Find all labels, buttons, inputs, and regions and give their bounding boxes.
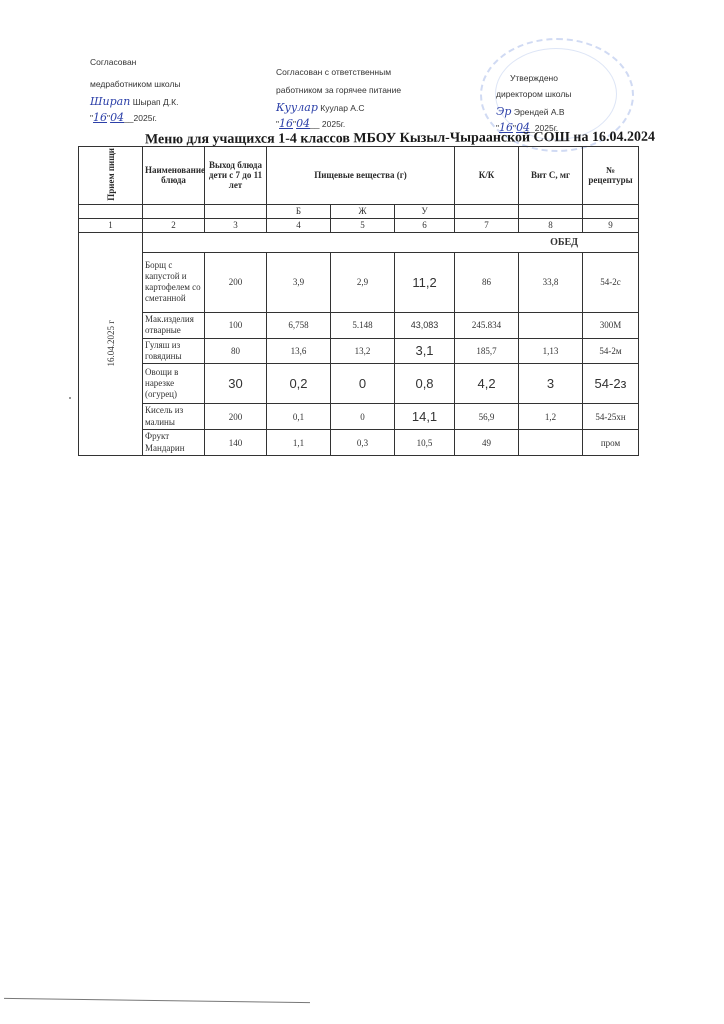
- table-row: Борщ с капустой и картофелем со сметанно…: [79, 252, 639, 312]
- recipe: 54-25хн: [583, 404, 639, 430]
- protein: 0,2: [267, 364, 331, 404]
- approval-medic-line2: медработником школы: [90, 80, 181, 89]
- recipe: пром: [583, 430, 639, 456]
- colnum: 1: [79, 218, 143, 232]
- menu-table: Прием пищи Наименование блюда Выход блюд…: [78, 146, 639, 456]
- colnum: 9: [583, 218, 639, 232]
- dish-name: Борщ с капустой и картофелем со сметанно…: [143, 252, 205, 312]
- colnum: 5: [331, 218, 395, 232]
- protein: 3,9: [267, 252, 331, 312]
- carbs: 11,2: [395, 252, 455, 312]
- header-meal: Прием пищи: [79, 147, 143, 205]
- protein: 1,1: [267, 430, 331, 456]
- table-row: Фрукт Мандарин 140 1,1 0,3 10,5 49 пром: [79, 430, 639, 456]
- vitc: [519, 430, 583, 456]
- header-dish: Наименование блюда: [143, 147, 205, 205]
- colnum: 8: [519, 218, 583, 232]
- recipe: 300М: [583, 312, 639, 338]
- medic-year: 2025г.: [134, 113, 157, 123]
- fat: 5.148: [331, 312, 395, 338]
- director-name: Эрендей А.В: [514, 107, 565, 117]
- portion: 30: [205, 364, 267, 404]
- header-nutrients: Пищевые вещества (г): [267, 147, 455, 205]
- carbs: 43,083: [395, 312, 455, 338]
- kcal: 245.834: [455, 312, 519, 338]
- fat: 2,9: [331, 252, 395, 312]
- approval-medic-line1: Согласован: [90, 58, 136, 67]
- dish-name: Овощи в нарезке (огурец): [143, 364, 205, 404]
- fat: 0: [331, 364, 395, 404]
- approval-food-line1: Согласован с ответственным: [276, 68, 391, 77]
- scan-edge-line: [4, 998, 310, 1003]
- portion: 200: [205, 404, 267, 430]
- protein: 0,1: [267, 404, 331, 430]
- protein: 13,6: [267, 338, 331, 364]
- kcal: 49: [455, 430, 519, 456]
- table-row: Овощи в нарезке (огурец) 30 0,2 0 0,8 4,…: [79, 364, 639, 404]
- fat: 0,3: [331, 430, 395, 456]
- recipe: 54-2з: [583, 364, 639, 404]
- dish-name: Фрукт Мандарин: [143, 430, 205, 456]
- food-year: 2025г.: [322, 119, 345, 129]
- colnum: 6: [395, 218, 455, 232]
- director-signature: Эр: [496, 105, 511, 118]
- approval-director-line2: директором школы: [496, 90, 571, 99]
- dish-name: Мак.изделия отварные: [143, 312, 205, 338]
- subheader-carbs: У: [395, 204, 455, 218]
- nutrient-subheader-row: Б Ж У: [79, 204, 639, 218]
- recipe: 54-2м: [583, 338, 639, 364]
- colnum: 2: [143, 218, 205, 232]
- vitc: 1,2: [519, 404, 583, 430]
- food-date-month: 04: [296, 117, 310, 130]
- section-row: 16.04.2025 г ОБЕД: [79, 232, 639, 252]
- portion: 140: [205, 430, 267, 456]
- table-row: Кисель из малины 200 0,1 0 14,1 56,9 1,2…: [79, 404, 639, 430]
- colnum: 7: [455, 218, 519, 232]
- food-signature: Куулар: [276, 101, 318, 114]
- header-portion: Выход блюда дети с 7 до 11 лет: [205, 147, 267, 205]
- portion: 200: [205, 252, 267, 312]
- kcal: 4,2: [455, 364, 519, 404]
- portion: 80: [205, 338, 267, 364]
- subheader-protein: Б: [267, 204, 331, 218]
- kcal: 86: [455, 252, 519, 312]
- protein: 6,758: [267, 312, 331, 338]
- carbs: 0,8: [395, 364, 455, 404]
- fat: 0: [331, 404, 395, 430]
- medic-name: Шырап Д.К.: [133, 97, 179, 107]
- vitc: [519, 312, 583, 338]
- approval-director-line1: Утверждено: [510, 74, 558, 83]
- carbs: 14,1: [395, 404, 455, 430]
- section-lunch: ОБЕД: [143, 232, 639, 252]
- date-cell: 16.04.2025 г: [79, 232, 143, 456]
- header-kcal: К/К: [455, 147, 519, 205]
- vitc: 3: [519, 364, 583, 404]
- header-recipe: № рецептуры: [583, 147, 639, 205]
- medic-signature: Ширап: [90, 95, 130, 108]
- vitc: 1,13: [519, 338, 583, 364]
- kcal: 185,7: [455, 338, 519, 364]
- colnum: 4: [267, 218, 331, 232]
- food-date-day: 16: [279, 117, 293, 130]
- food-name: Куулар А.С: [320, 103, 364, 113]
- header-vitc: Вит С, мг: [519, 147, 583, 205]
- portion: 100: [205, 312, 267, 338]
- table-row: Гуляш из говядины 80 13,6 13,2 3,1 185,7…: [79, 338, 639, 364]
- carbs: 3,1: [395, 338, 455, 364]
- table-row: Мак.изделия отварные 100 6,758 5.148 43,…: [79, 312, 639, 338]
- approval-food-line2: работником за горячее питание: [276, 86, 401, 95]
- dish-name: Гуляш из говядины: [143, 338, 205, 364]
- scan-speck: [69, 397, 71, 399]
- column-number-row: 1 2 3 4 5 6 7 8 9: [79, 218, 639, 232]
- recipe: 54-2с: [583, 252, 639, 312]
- carbs: 10,5: [395, 430, 455, 456]
- colnum: 3: [205, 218, 267, 232]
- header-row: Прием пищи Наименование блюда Выход блюд…: [79, 147, 639, 205]
- dish-name: Кисель из малины: [143, 404, 205, 430]
- fat: 13,2: [331, 338, 395, 364]
- vitc: 33,8: [519, 252, 583, 312]
- kcal: 56,9: [455, 404, 519, 430]
- medic-date-month: 04: [110, 111, 124, 124]
- subheader-fat: Ж: [331, 204, 395, 218]
- medic-date-day: 16: [93, 111, 107, 124]
